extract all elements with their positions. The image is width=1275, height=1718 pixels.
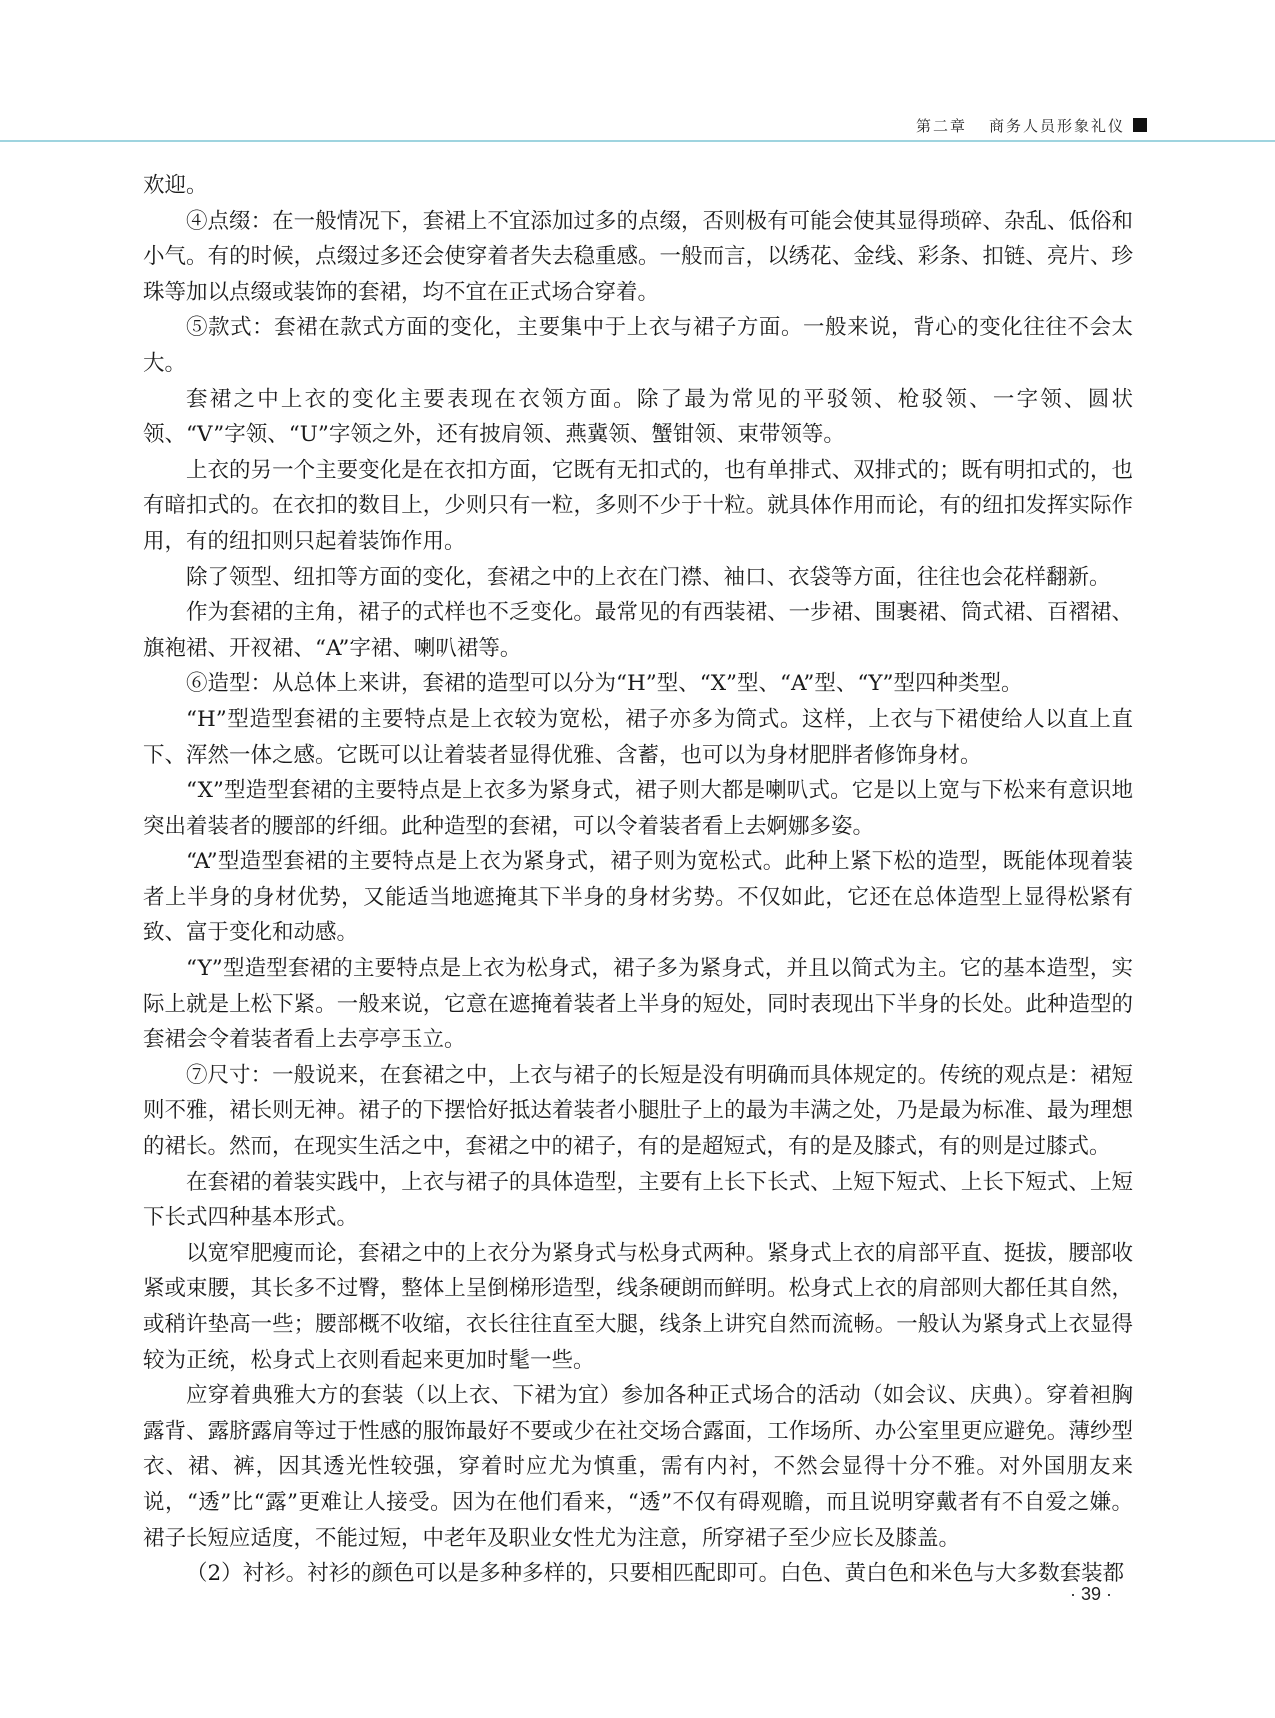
chapter-title: 商务人员形象礼仪 xyxy=(989,115,1125,136)
chapter-label: 第二章 xyxy=(916,115,967,136)
paragraph: ④点缀：在一般情况下，套裙上不宜添加过多的点缀，否则极有可能会使其显得琐碎、杂乱… xyxy=(143,204,1133,311)
running-header: 第二章 商务人员形象礼仪 xyxy=(916,112,1147,138)
paragraph: “H”型造型套裙的主要特点是上衣较为宽松，裙子亦多为筒式。这样，上衣与下裙使给人… xyxy=(143,702,1133,773)
paragraph: 欢迎。 xyxy=(143,168,1133,204)
paragraph: “X”型造型套裙的主要特点是上衣多为紧身式，裙子则大都是喇叭式。它是以上宽与下松… xyxy=(143,773,1133,844)
paragraph: （2）衬衫。衬衫的颜色可以是多种多样的，只要相匹配即可。白色、黄白色和米色与大多… xyxy=(143,1556,1133,1592)
paragraph: 上衣的另一个主要变化是在衣扣方面，它既有无扣式的，也有单排式、双排式的；既有明扣… xyxy=(143,453,1133,560)
paragraph: 除了领型、纽扣等方面的变化，套裙之中的上衣在门襟、袖口、衣袋等方面，往往也会花样… xyxy=(143,560,1133,596)
paragraph: ⑦尺寸：一般说来，在套裙之中，上衣与裙子的长短是没有明确而具体规定的。传统的观点… xyxy=(143,1058,1133,1165)
paragraph: ⑥造型：从总体上来讲，套裙的造型可以分为“H”型、“X”型、“A”型、“Y”型四… xyxy=(143,666,1133,702)
paragraph: 以宽窄肥瘦而论，套裙之中的上衣分为紧身式与松身式两种。紧身式上衣的肩部平直、挺拔… xyxy=(143,1236,1133,1378)
paragraph: “Y”型造型套裙的主要特点是上衣为松身式，裙子多为紧身式，并且以简式为主。它的基… xyxy=(143,951,1133,1058)
paragraph: 在套裙的着装实践中，上衣与裙子的具体造型，主要有上长下长式、上短下短式、上长下短… xyxy=(143,1165,1133,1236)
header-rule xyxy=(0,140,1275,142)
page-number: · 39 · xyxy=(1070,1584,1112,1605)
paragraph: 应穿着典雅大方的套装（以上衣、下裙为宜）参加各种正式场合的活动（如会议、庆典）。… xyxy=(143,1378,1133,1556)
paragraph: ⑤款式：套裙在款式方面的变化，主要集中于上衣与裙子方面。一般来说，背心的变化往往… xyxy=(143,310,1133,381)
paragraph: 作为套裙的主角，裙子的式样也不乏变化。最常见的有西装裙、一步裙、围裹裙、筒式裙、… xyxy=(143,595,1133,666)
body-text: 欢迎。 ④点缀：在一般情况下，套裙上不宜添加过多的点缀，否则极有可能会使其显得琐… xyxy=(143,168,1133,1592)
paragraph: “A”型造型套裙的主要特点是上衣为紧身式，裙子则为宽松式。此种上紧下松的造型，既… xyxy=(143,844,1133,951)
paragraph: 套裙之中上衣的变化主要表现在衣领方面。除了最为常见的平驳领、枪驳领、一字领、圆状… xyxy=(143,382,1133,453)
square-marker-icon xyxy=(1133,118,1147,132)
